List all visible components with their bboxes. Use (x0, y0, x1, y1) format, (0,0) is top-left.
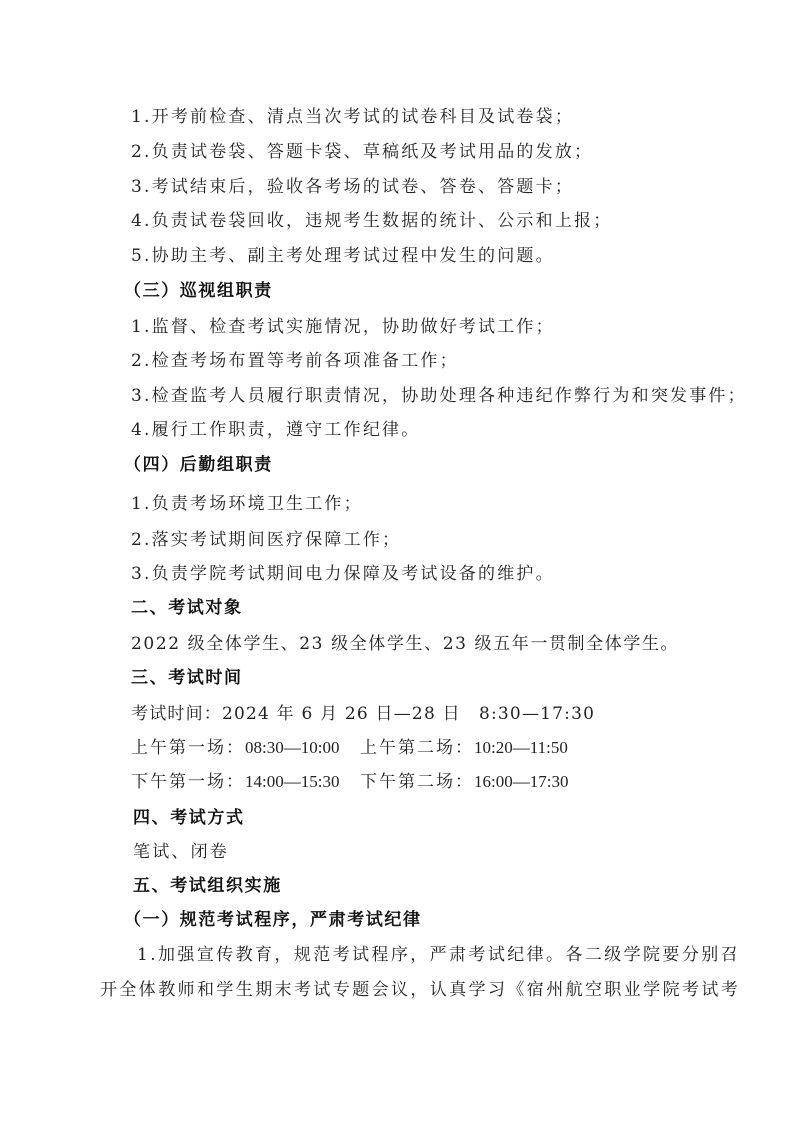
inspection-item-2: 2.检查考场布置等考前各项准备工作； (131, 350, 459, 372)
session-time: 10:20—11:50 (474, 738, 568, 757)
exam-procedure-paragraph-line-1: 1.加强宣传教育，规范考试程序，严肃考试纪律。各二级学院要分别召 (137, 944, 740, 966)
session-time: 08:30—10:00 (245, 738, 339, 757)
session-afternoon-2: 下午第二场：16:00—17:30 (360, 771, 568, 793)
session-morning-1: 上午第一场：08:30—10:00 (131, 737, 339, 759)
exam-procedure-paragraph-line-2: 开全体教师和学生期末考试专题会议，认真学习《宿州航空职业学院考试考 (100, 979, 740, 1001)
logistics-item-3: 3.负责学院考试期间电力保障及考试设备的维护。 (131, 563, 555, 585)
logistics-item-1: 1.负责考场环境卫生工作； (131, 493, 363, 515)
exam-organization-heading: 五、考试组织实施 (133, 875, 282, 897)
logistics-item-2: 2.落实考试期间医疗保障工作； (131, 529, 401, 551)
duty-item-1: 1.开考前检查、清点当次考试的试卷科目及试卷袋； (131, 106, 574, 128)
session-label: 下午第一场： (131, 772, 245, 792)
exam-procedure-subheading: （一）规范考试程序，严肃考试纪律 (124, 909, 422, 931)
exam-targets-heading: 二、考试对象 (131, 597, 243, 619)
duty-item-2: 2.负责试卷袋、答题卡袋、草稿纸及考试用品的发放； (131, 141, 593, 163)
document-page: 1.开考前检查、清点当次考试的试卷科目及试卷袋； 2.负责试卷袋、答题卡袋、草稿… (0, 0, 793, 1122)
duty-item-4: 4.负责试卷袋回收，违规考生数据的统计、公示和上报； (131, 210, 612, 232)
session-label: 上午第一场： (131, 738, 245, 758)
exam-targets-text: 2022 级全体学生、23 级全体学生、23 级五年一贯制全体学生。 (131, 633, 679, 655)
session-label: 下午第二场： (360, 772, 474, 792)
session-morning-2: 上午第二场：10:20—11:50 (360, 737, 568, 759)
exam-method-text: 笔试、闭卷 (133, 841, 229, 863)
session-time: 16:00—17:30 (474, 772, 568, 791)
inspection-group-heading: （三）巡视组职责 (124, 280, 273, 302)
inspection-item-3: 3.检查监考人员履行职责情况，协助处理各种违纪作弊行为和突发事件； (131, 385, 747, 407)
exam-method-heading: 四、考试方式 (133, 807, 245, 829)
session-time: 14:00—15:30 (245, 772, 339, 791)
session-afternoon-1: 下午第一场：14:00—15:30 (131, 771, 339, 793)
inspection-item-1: 1.监督、检查考试实施情况，协助做好考试工作； (131, 316, 555, 338)
logistics-group-heading: （四）后勤组职责 (124, 454, 273, 476)
exam-time-summary: 考试时间：2024 年 6 月 26 日—28 日 8:30—17:30 (131, 703, 595, 725)
duty-item-5: 5.协助主考、副主考处理考试过程中发生的问题。 (131, 245, 555, 267)
exam-time-heading: 三、考试时间 (131, 667, 243, 689)
duty-item-3: 3.考试结束后，验收各考场的试卷、答卷、答题卡； (131, 176, 574, 198)
inspection-item-4: 4.履行工作职责，遵守工作纪律。 (131, 419, 420, 441)
session-label: 上午第二场： (360, 738, 474, 758)
